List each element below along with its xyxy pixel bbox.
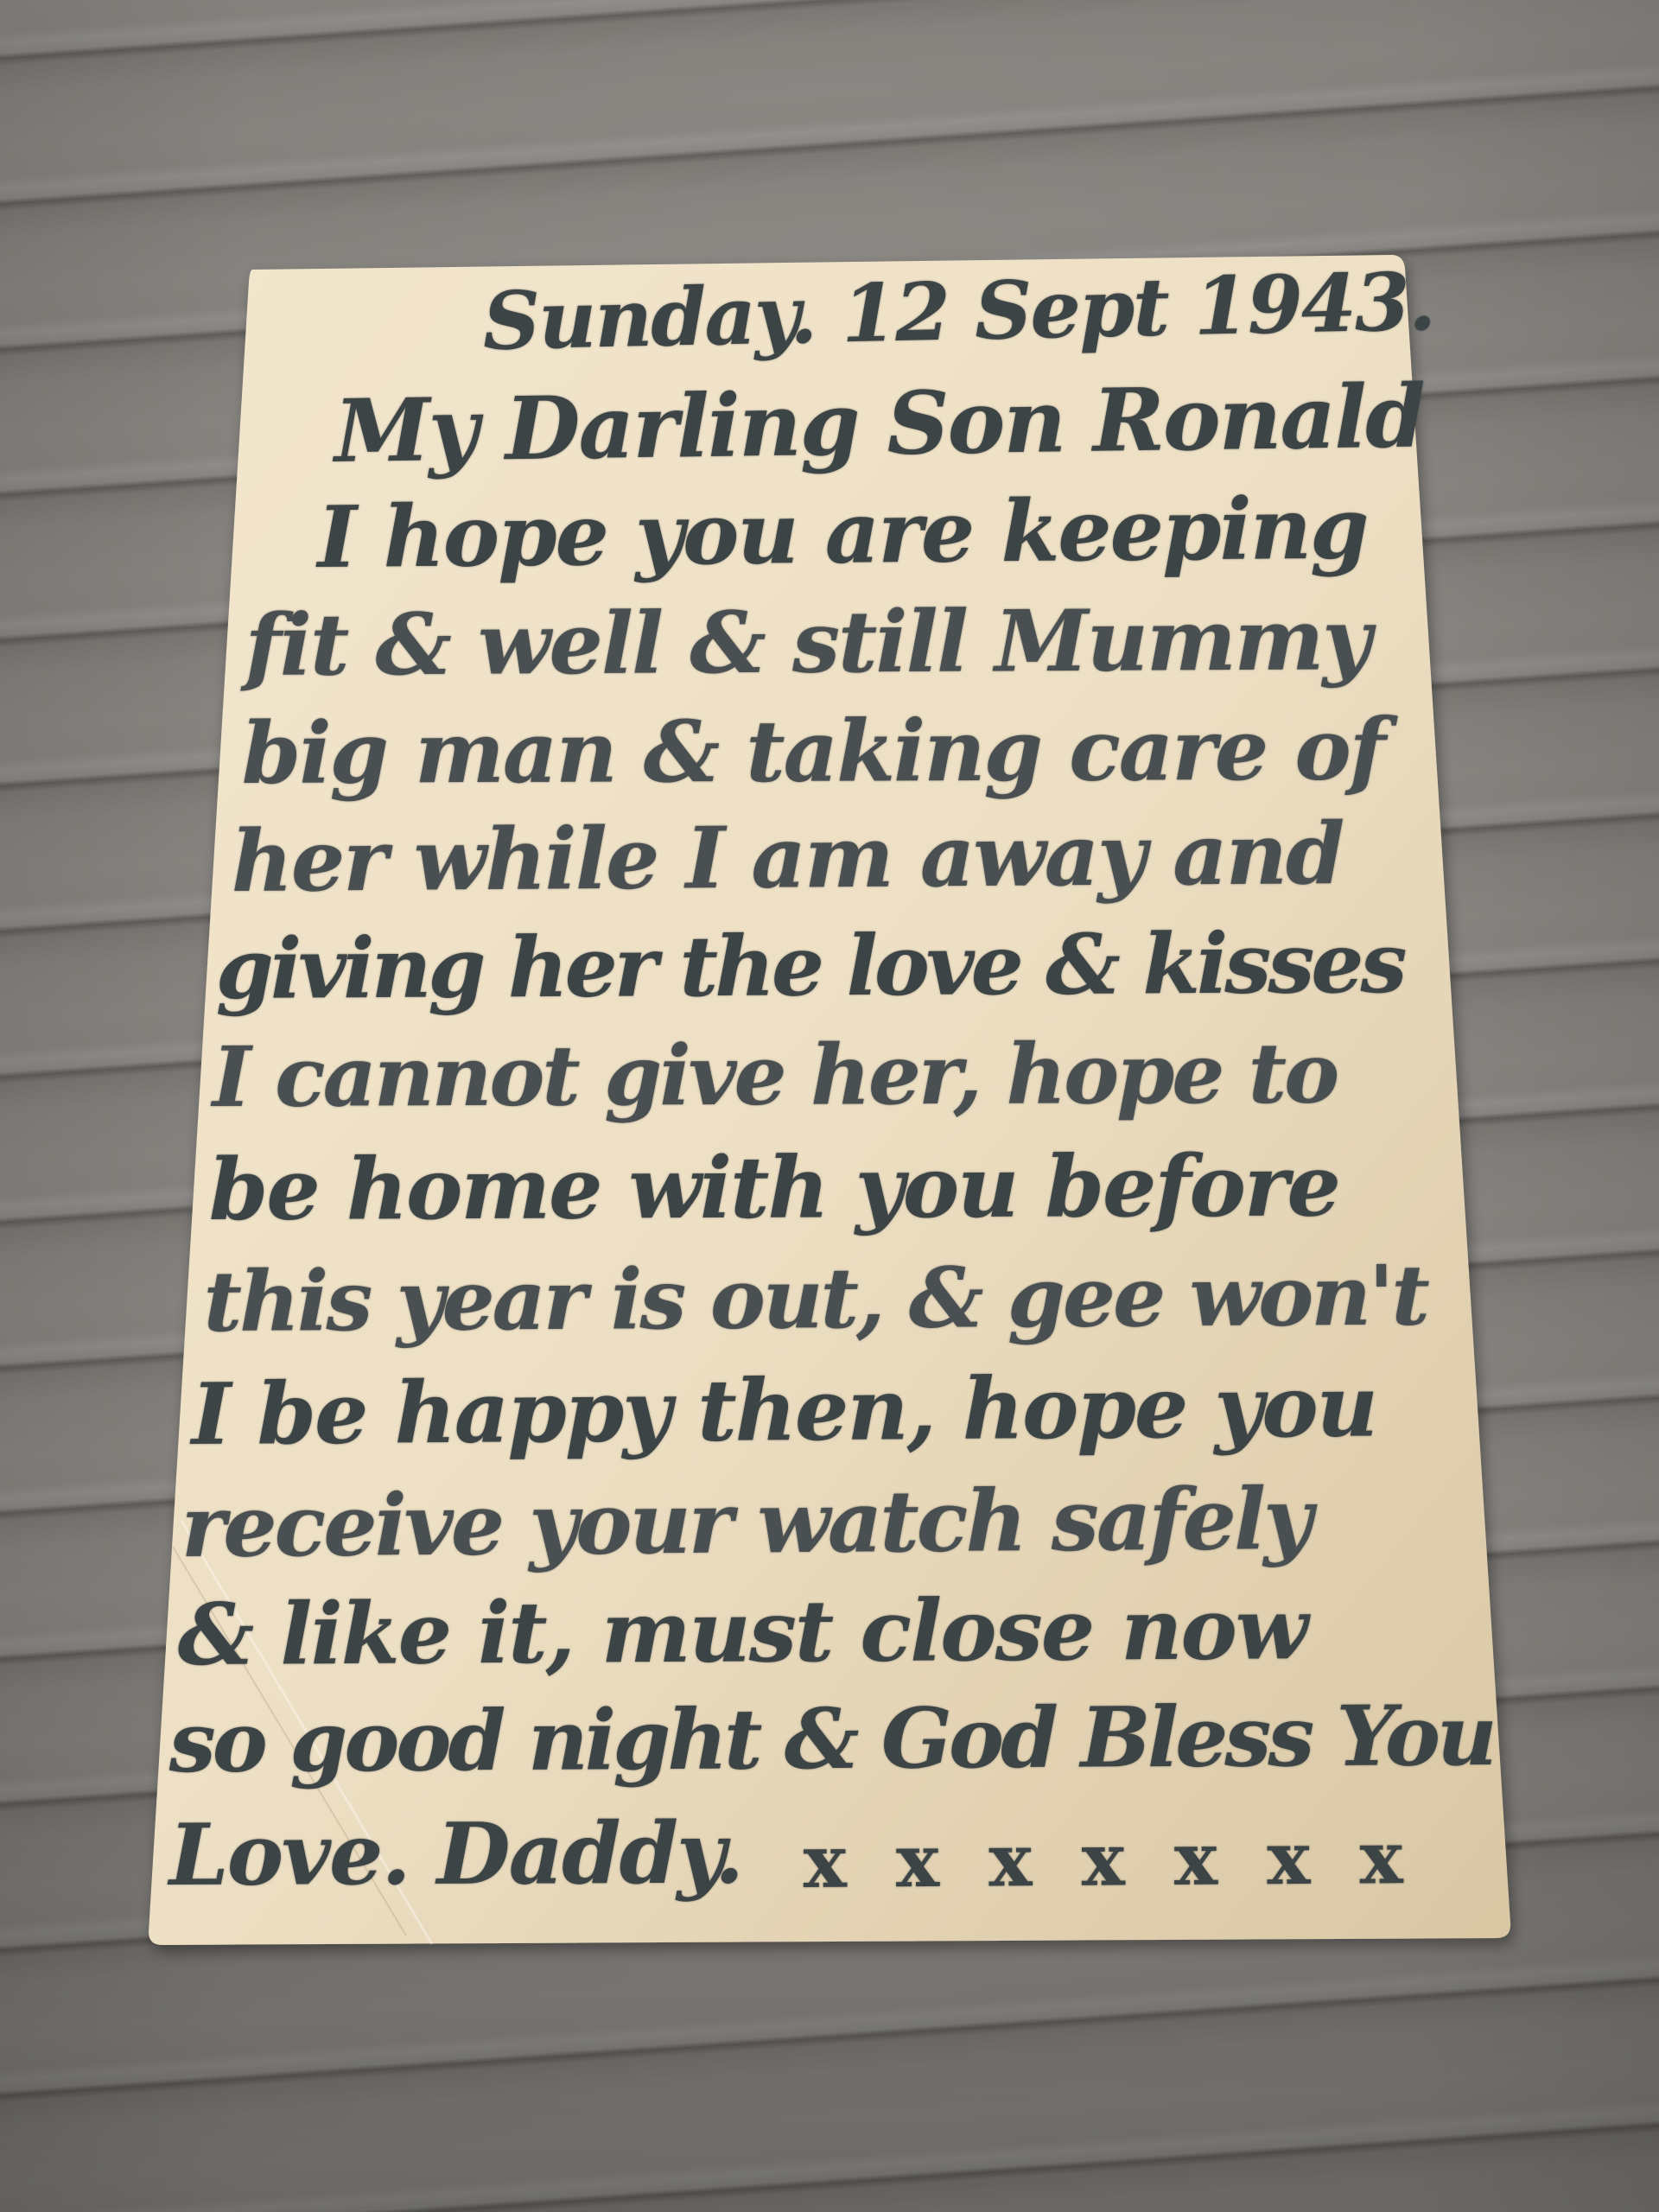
letter-card: Sunday. 12 Sept 1943. My Darling Son Ron…	[0, 0, 1659, 2212]
body-line: be home with you before	[209, 1136, 1339, 1240]
body-line: her while I am away and	[231, 804, 1344, 912]
body-line: receive your watch safely	[181, 1470, 1310, 1577]
body-line: so good night & God Bless You	[168, 1687, 1494, 1791]
kisses: x x x x x x x	[803, 1815, 1415, 1904]
body-line: & like it, must close now	[177, 1580, 1306, 1685]
signature: Love. Daddy.	[169, 1804, 743, 1905]
body-line: giving her the love & kisses	[215, 914, 1403, 1018]
body-line: I hope you are keeping	[317, 479, 1368, 588]
body-line: I cannot give her, hope to	[213, 1024, 1338, 1126]
date-line: Sunday. 12 Sept 1943.	[482, 255, 1435, 368]
body-line: big man & taking care of	[242, 700, 1385, 804]
body-line: fit & well & still Mummy	[245, 590, 1370, 696]
letter-text: Sunday. 12 Sept 1943. My Darling Son Ron…	[0, 0, 1659, 2212]
body-line: this year is out, & gee won't	[203, 1247, 1427, 1351]
body-line: I be happy then, hope you	[191, 1357, 1376, 1465]
salutation: My Darling Son Ronald	[334, 365, 1424, 482]
